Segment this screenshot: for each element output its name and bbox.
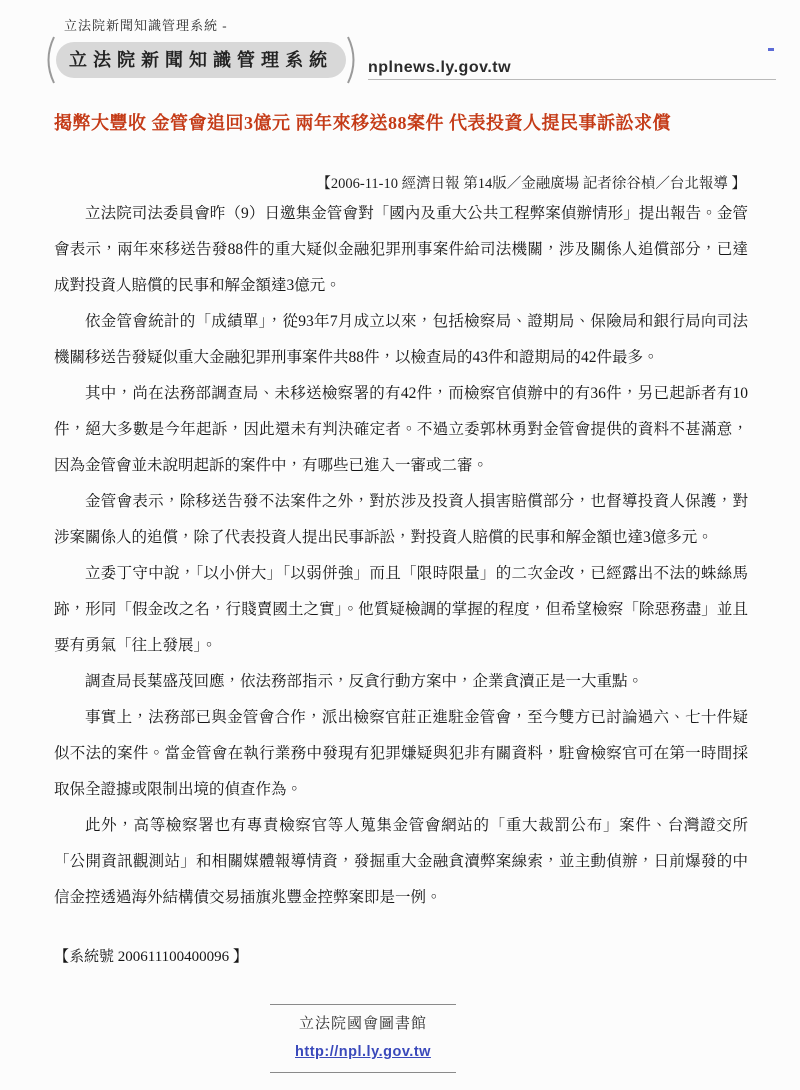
article-body: 立法院司法委員會昨（9）日邀集金管會對「國內及重大公共工程弊案偵辦情形」提出報告… bbox=[54, 196, 748, 916]
article-paragraph: 調查局長葉盛茂回應，依法務部指示，反貪行動方案中，企業貪瀆正是一大重點。 bbox=[54, 664, 748, 700]
blue-tick-mark bbox=[768, 48, 774, 51]
article-paragraph: 事實上，法務部已與金管會合作，派出檢察官莊正進駐金管會，至今雙方已討論過六、七十… bbox=[54, 700, 748, 808]
system-number: 【系統號 200611100400096 】 bbox=[54, 946, 748, 968]
footer-rule-bottom bbox=[270, 1072, 456, 1073]
site-domain: nplnews.ly.gov.tw bbox=[368, 59, 511, 77]
library-name: 立法院國會圖書館 bbox=[270, 1013, 456, 1035]
article: 揭弊大豐收 金管會追回3億元 兩年來移送88案件 代表投資人提民事訴訟求償 【2… bbox=[54, 110, 748, 968]
site-header: 立法院新聞知識管理系統 nplnews.ly.gov.tw bbox=[40, 36, 776, 84]
article-paragraph: 此外，高等檢察署也有專責檢察官等人蒐集金管會網站的「重大裁罰公布」案件、台灣證交… bbox=[54, 808, 748, 916]
article-paragraph: 依金管會統計的「成績單」，從93年7月成立以來，包括檢察局、證期局、保險局和銀行… bbox=[54, 304, 748, 376]
right-paren-arc bbox=[346, 34, 362, 86]
footer-rule-top bbox=[270, 1004, 456, 1005]
page-footer: 立法院國會圖書館 http://npl.ly.gov.tw bbox=[270, 1004, 456, 1073]
article-paragraph: 立法院司法委員會昨（9）日邀集金管會對「國內及重大公共工程弊案偵辦情形」提出報告… bbox=[54, 196, 748, 304]
left-paren-arc bbox=[40, 34, 56, 86]
window-title: 立法院新聞知識管理系統 - bbox=[64, 18, 800, 34]
library-link[interactable]: http://npl.ly.gov.tw bbox=[295, 1042, 431, 1062]
article-headline: 揭弊大豐收 金管會追回3億元 兩年來移送88案件 代表投資人提民事訴訟求償 bbox=[54, 110, 748, 136]
app-logo: 立法院新聞知識管理系統 bbox=[56, 42, 346, 78]
article-paragraph: 立委丁守中說，「以小併大」「以弱併強」而且「限時限量」的二次金改，已經露出不法的… bbox=[54, 556, 748, 664]
article-byline: 【2006-11-10 經濟日報 第14版／金融廣場 記者徐谷楨／台北報導 】 bbox=[54, 174, 748, 194]
article-paragraph: 金管會表示，除移送告發不法案件之外，對於涉及投資人損害賠償部分，也督導投資人保護… bbox=[54, 484, 748, 556]
article-paragraph: 其中，尚在法務部調查局、未移送檢察署的有42件，而檢察官偵辦中的有36件，另已起… bbox=[54, 376, 748, 484]
header-rule: nplnews.ly.gov.tw bbox=[368, 46, 776, 80]
